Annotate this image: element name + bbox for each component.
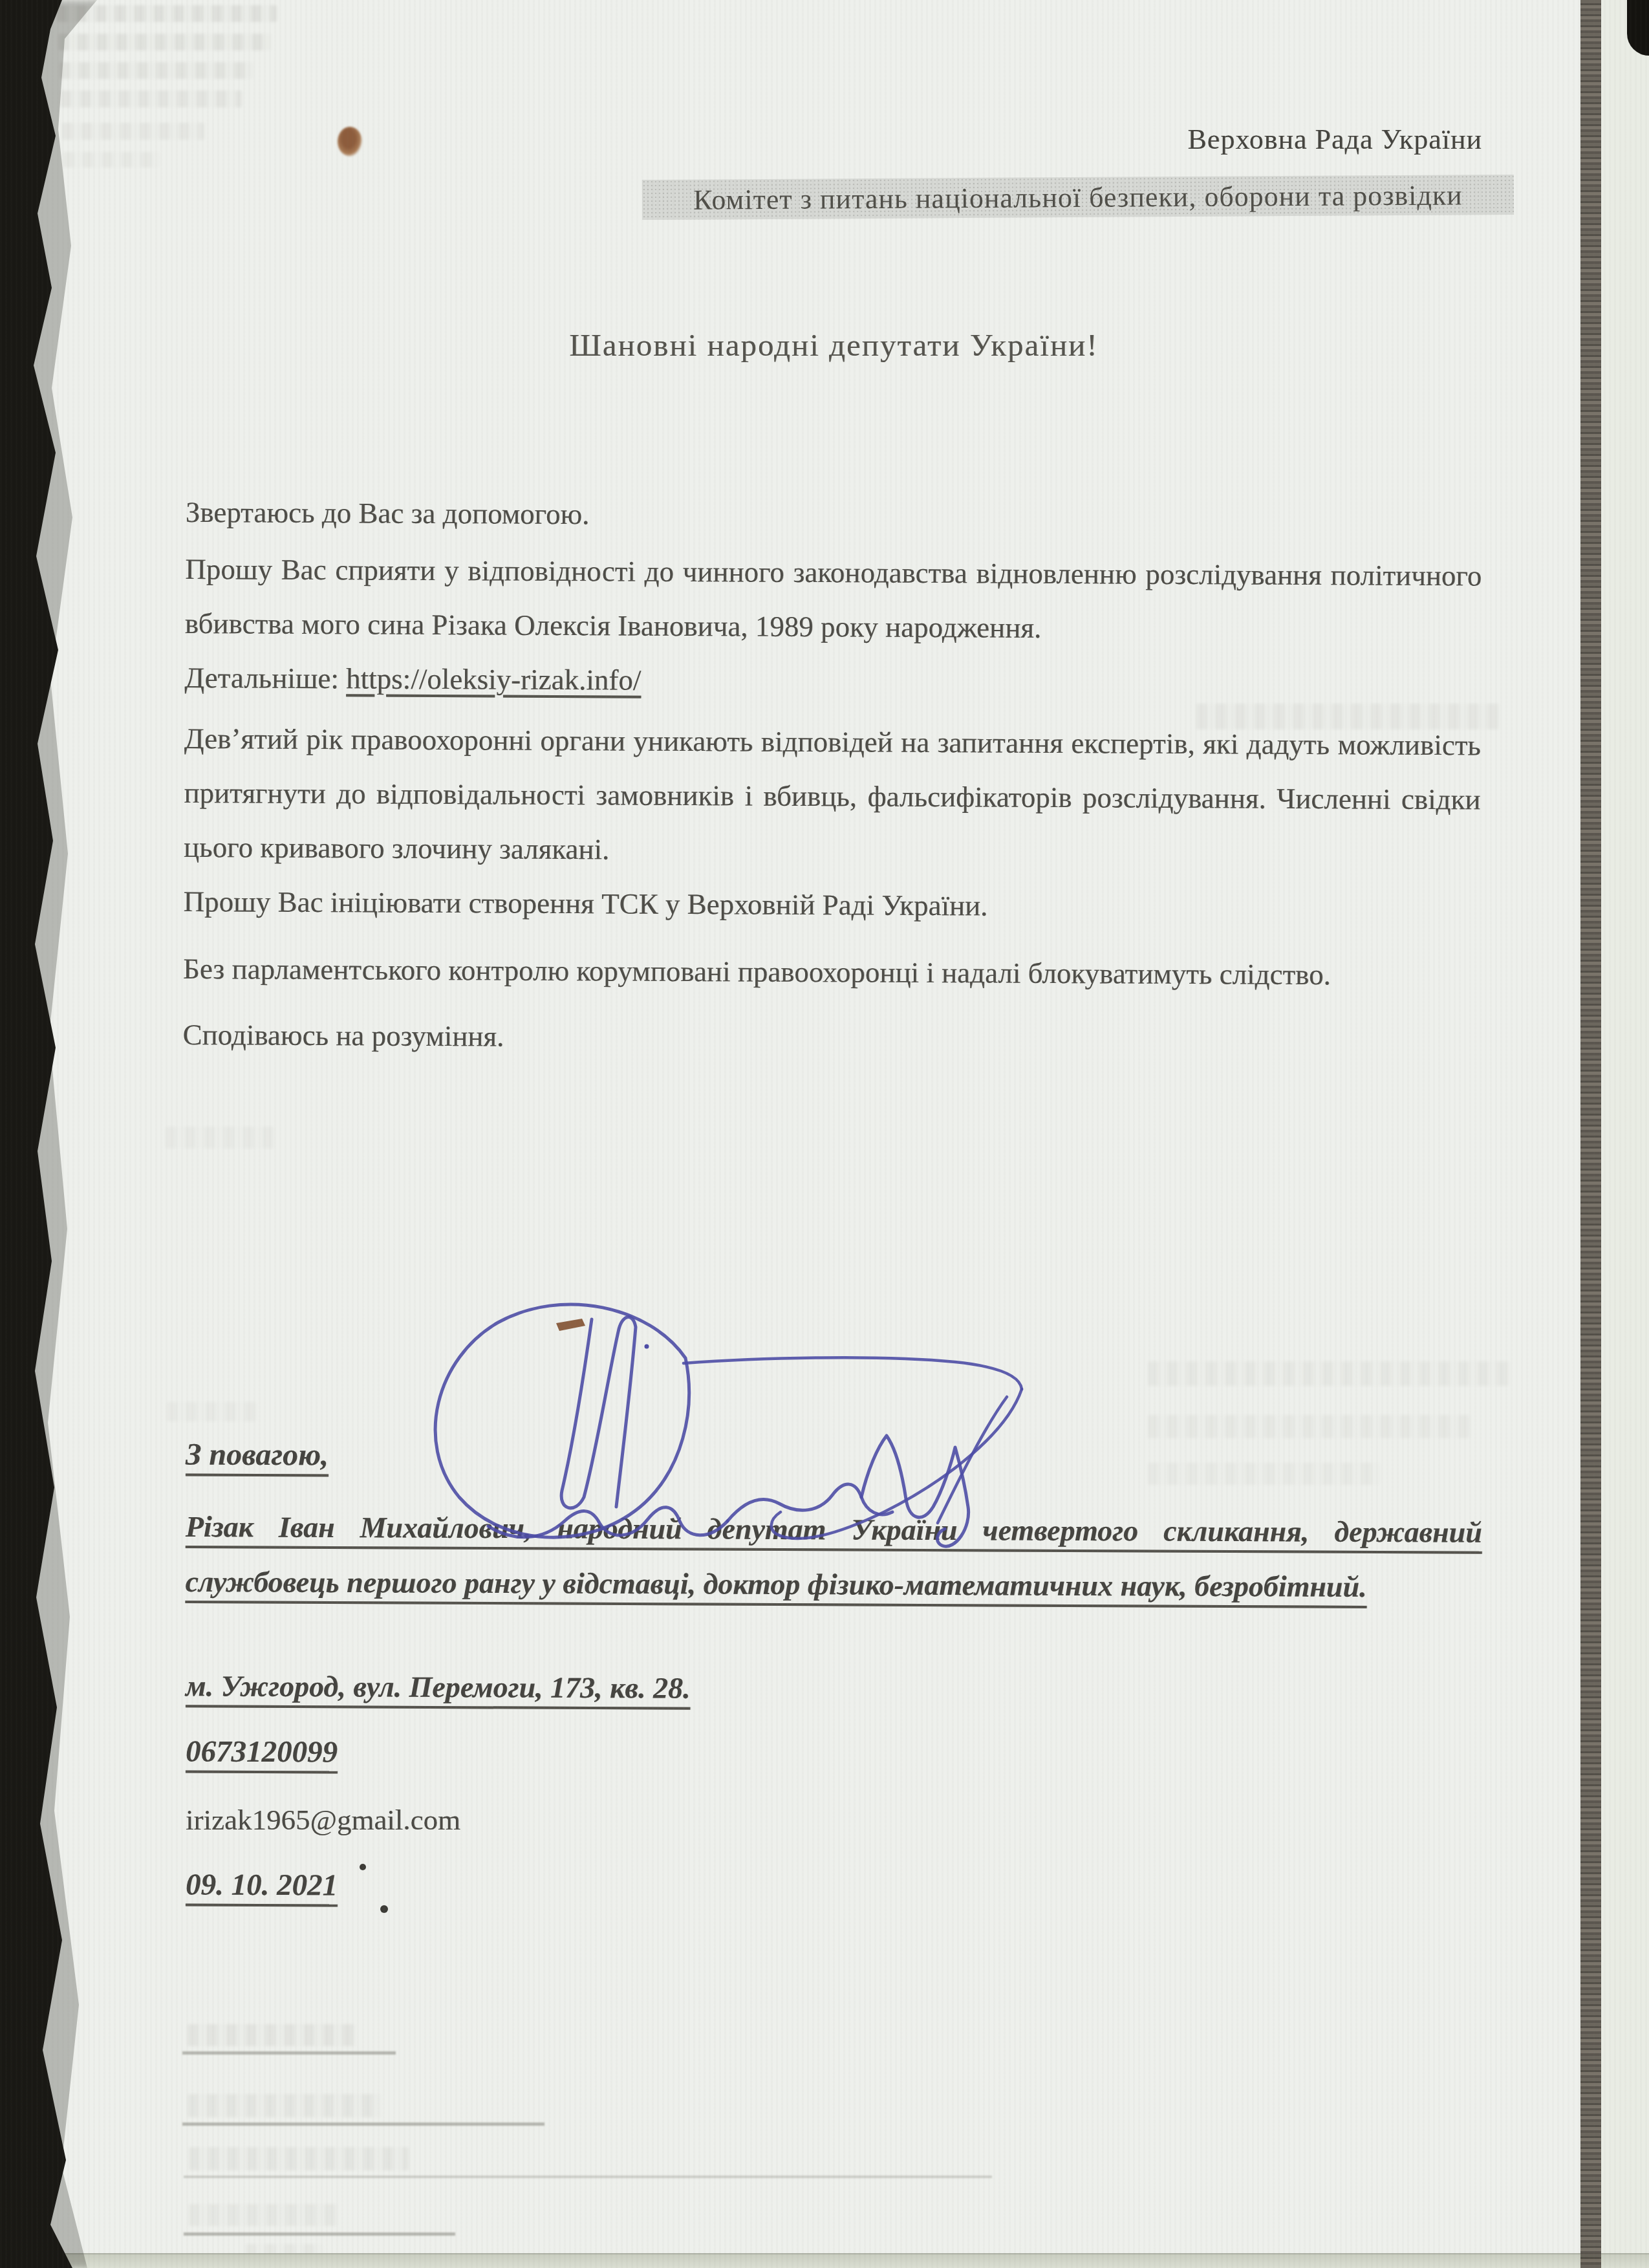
ghost-smudge <box>61 91 242 107</box>
sheet-bottom-edge <box>0 2253 1649 2268</box>
website-link[interactable]: https://oleksiy-rizak.info/ <box>346 662 641 696</box>
ghost-underline <box>182 2122 544 2126</box>
ghost-underline <box>184 2232 455 2236</box>
header-committee-band: Комітет з питань національної безпеки, о… <box>642 175 1514 220</box>
header-organization: Верховна Рада України <box>970 123 1482 156</box>
ghost-smudge <box>189 2204 338 2226</box>
ghost-smudge <box>62 123 204 140</box>
ghost-smudge <box>1148 1361 1510 1386</box>
ghost-smudge <box>59 62 253 79</box>
signer-email: irizak1965@gmail.com <box>186 1803 460 1837</box>
letter-date: 09. 10. 2021 <box>186 1867 338 1903</box>
paper-stain <box>338 127 362 157</box>
header-committee-text: Комітет з питань національної безпеки, о… <box>693 178 1463 216</box>
ghost-smudge <box>188 2094 382 2117</box>
paragraph-request-help: Звертаюсь до Вас за допомогою. <box>186 485 1482 546</box>
ghost-smudge <box>63 152 160 167</box>
signer-name-title: Різак Іван Михайлович, народний депутат … <box>185 1499 1482 1615</box>
signer-phone: 0673120099 <box>186 1734 338 1769</box>
signer-address: м. Ужгород, вул. Перемоги, 173, кв. 28. <box>186 1669 691 1705</box>
ink-dot <box>360 1864 366 1870</box>
scanner-background-strip <box>1600 0 1649 2268</box>
ghost-smudge <box>1148 1463 1381 1485</box>
ghost-smudge <box>189 2147 409 2170</box>
paragraph-tsk-request: Прошу Вас ініціювати створення ТСК у Вер… <box>183 874 1480 935</box>
paragraph-hope: Сподіваюсь на розуміння. <box>182 1008 1479 1068</box>
sheet-right-edge <box>1580 0 1601 2268</box>
paragraph-link: Детальніше: https://oleksiy-rizak.info/ <box>184 651 1481 711</box>
closing-regards: З повагою, <box>186 1437 329 1473</box>
ghost-underline <box>182 2051 396 2055</box>
paragraph-ninth-year: Дев’ятий рік правоохоронні органи уникаю… <box>184 711 1481 881</box>
ghost-smudge <box>188 2024 356 2046</box>
ghost-underline <box>184 2176 992 2178</box>
ghost-smudge <box>166 1127 275 1149</box>
scanned-letter-page: Верховна Рада України Комітет з питань н… <box>0 0 1649 2268</box>
link-label: Детальніше: <box>184 662 339 695</box>
letter-body: Звертаюсь до Вас за допомогою. Прошу Вас… <box>182 485 1482 1068</box>
salutation-heading: Шановні народні депутати України! <box>186 327 1482 363</box>
ghost-smudge <box>58 34 272 50</box>
stain-on-signature <box>556 1319 585 1331</box>
paragraph-parliament-control: Без парламентського контролю корумповані… <box>183 942 1480 1002</box>
ink-dot <box>380 1905 388 1913</box>
paragraph-investigation: Прошу Вас сприяти у відповідності до чин… <box>185 542 1482 657</box>
ghost-smudge <box>1148 1415 1471 1438</box>
ghost-smudge <box>167 1402 257 1421</box>
